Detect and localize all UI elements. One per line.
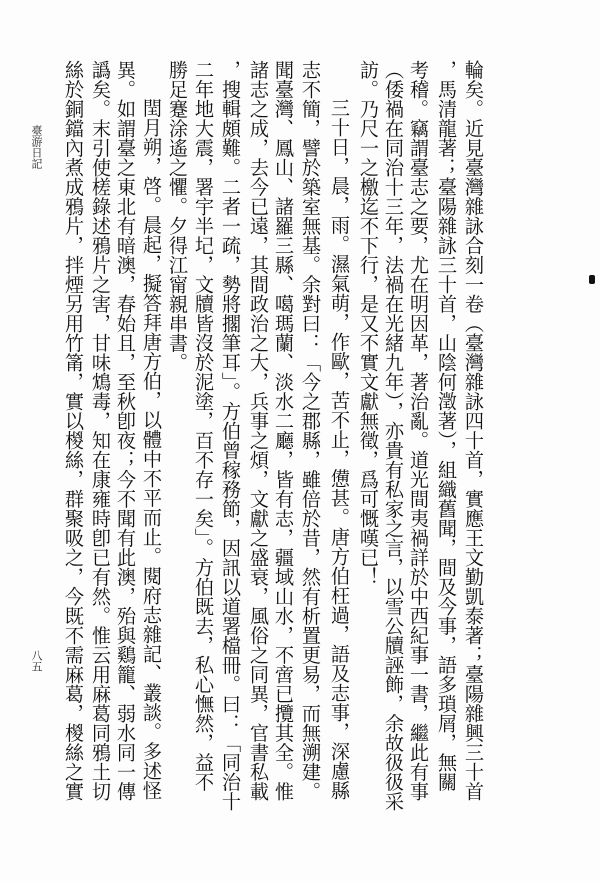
text-column-11: 二年地大震，署宇半圮，文牘皆沒於泥塗，百不存一矣」。方伯既去，私心憮然，益不	[191, 60, 215, 791]
book-page: 臺游日記 八五 輪矣。近見臺灣雜詠合刻一卷（臺灣雜詠四十首，實應王文勤凱泰著；臺…	[0, 0, 600, 881]
text-column-1: 輪矣。近見臺灣雜詠合刻一卷（臺灣雜詠四十首，實應王文勤凱泰著；臺陽雜興三十首	[461, 60, 485, 801]
text-column-2: ，馬清龍著；臺陽雜詠三十首，山陰何澂著），組織舊聞，間及今事，語多瑣屑，無關	[434, 60, 458, 791]
text-column-13: 閏月朔，啓。晨起，擬答拜唐方伯，以體中不平而止。閱府志雜記、叢談。多述怪	[139, 98, 163, 800]
text-column-9: 諸志之成，去今已遠，其間政治之大，兵事之煩，文獻之盛衰，風俗之同異，官書私載	[246, 60, 270, 801]
text-column-4: （倭禍在同治十三年，法禍在光緒九年），亦貴有私家之言，以雪公牘誣飾，余故彶彶采	[381, 60, 405, 811]
text-column-16: 絲於銅鐺內煮成鴉片，拌煙另用竹筩，實以椶絲，群聚吸之，今既不需麻葛，椶絲之實	[61, 60, 85, 801]
text-column-5: 訪。乃尺一之檄迄不下行，是又不實文獻無徵，爲可慨嘆已！	[356, 60, 380, 587]
running-header: 臺游日記	[30, 125, 42, 169]
text-column-6: 三十日，晨，雨。濕氣萌，作歐，苦不止，憊甚。唐方伯枉過，語及志事，深慮縣	[327, 98, 351, 800]
text-column-8: 聞臺灣、鳳山、諸羅三縣、噶瑪蘭、淡水二廳，皆有志，疆域山水，不啻已攬其全。惟	[271, 60, 295, 801]
text-column-15: 譌矣。末引使槎錄述鴉片之害，甘味鴆毒，知在康雍時卽已有然。惟云用麻葛同鴉土切	[88, 60, 112, 801]
text-column-14: 異。如謂臺之東北有暗澳，春始且，至秋卽夜；今不聞有此澳，殆與鷄籠、弱水同一傳	[113, 60, 137, 801]
text-column-3: 考稽。竊謂臺志之要，尤在明因革，著治亂。道光間夷禍詳於中西紀事一書，繼此有事	[406, 60, 430, 801]
page-number: 八五	[30, 650, 42, 672]
text-column-10: ，搜輯頗難。二者一疏，勢將擱筆耳」。方伯曾稼務節，因訊以道署檔冊。曰：「同治十	[218, 60, 242, 811]
text-column-12: 勝足蹇涂遙之懼。夕得江甯親串書。	[165, 60, 189, 372]
text-column-7: 志不簡，譬於築室無基。余對曰：「今之郡縣，雖倍於昔，然有析置更易，而無溯建。	[298, 60, 322, 801]
ink-spot	[589, 275, 595, 284]
